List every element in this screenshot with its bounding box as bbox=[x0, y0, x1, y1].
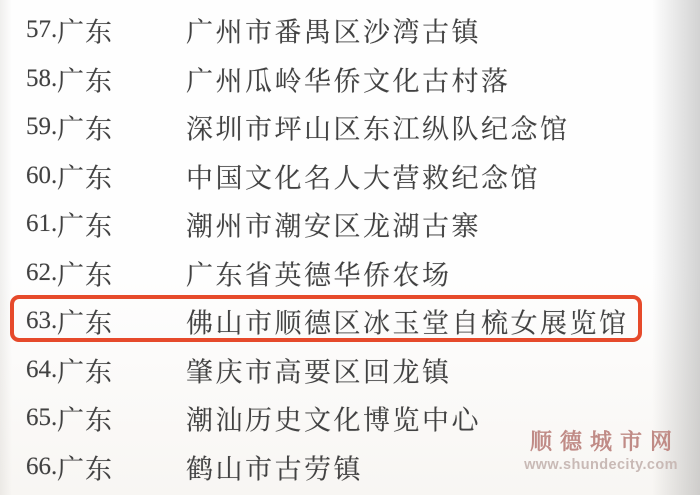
row-province: 广东 bbox=[57, 205, 113, 244]
document-page: 57. 广东 广州市番禺区沙湾古镇 58. 广东 广州瓜岭华侨文化古村落 59.… bbox=[0, 0, 700, 495]
row-name: 广州市番禺区沙湾古镇 bbox=[186, 11, 481, 50]
watermark-url: www.shundecity.com bbox=[516, 458, 686, 473]
row-name: 深圳市坪山区东江纵队纪念馆 bbox=[186, 108, 570, 147]
list-row: 59. 广东 深圳市坪山区东江纵队纪念馆 bbox=[0, 103, 700, 152]
row-province: 广东 bbox=[57, 108, 113, 147]
row-name: 潮州市潮安区龙湖古寨 bbox=[186, 205, 481, 244]
row-province: 广东 bbox=[57, 156, 113, 195]
row-number: 58. bbox=[26, 65, 57, 93]
row-name: 中国文化名人大营救纪念馆 bbox=[186, 156, 540, 195]
row-number: 65. bbox=[26, 404, 57, 432]
row-province: 广东 bbox=[57, 447, 113, 486]
row-name: 潮汕历史文化博览中心 bbox=[186, 399, 481, 438]
list-row: 57. 广东 广州市番禺区沙湾古镇 bbox=[0, 6, 700, 55]
row-number: 61. bbox=[26, 210, 57, 238]
row-name: 佛山市顺德区冰玉堂自梳女展览馆 bbox=[186, 302, 629, 341]
watermark-title: 顺德城市网 bbox=[524, 431, 686, 453]
list-row: 62. 广东 广东省英德华侨农场 bbox=[0, 249, 700, 298]
list-row: 64. 广东 肇庆市高要区回龙镇 bbox=[0, 346, 700, 395]
list-row: 63. 广东 佛山市顺德区冰玉堂自梳女展览馆 bbox=[0, 297, 700, 346]
row-name: 肇庆市高要区回龙镇 bbox=[186, 350, 452, 389]
row-number: 63. bbox=[26, 307, 57, 335]
row-number: 66. bbox=[26, 453, 57, 481]
watermark: 顺德城市网 www.shundecity.com bbox=[516, 431, 686, 473]
row-number: 59. bbox=[26, 113, 57, 141]
row-name: 鹤山市古劳镇 bbox=[186, 447, 363, 486]
list-row: 61. 广东 潮州市潮安区龙湖古寨 bbox=[0, 200, 700, 249]
row-province: 广东 bbox=[57, 350, 113, 389]
row-province: 广东 bbox=[57, 399, 113, 438]
row-number: 62. bbox=[26, 259, 57, 287]
list-row: 60. 广东 中国文化名人大营救纪念馆 bbox=[0, 152, 700, 201]
row-number: 64. bbox=[26, 356, 57, 384]
heritage-list: 57. 广东 广州市番禺区沙湾古镇 58. 广东 广州瓜岭华侨文化古村落 59.… bbox=[0, 6, 700, 491]
row-number: 60. bbox=[26, 162, 57, 190]
row-province: 广东 bbox=[57, 302, 113, 341]
row-province: 广东 bbox=[57, 11, 113, 50]
row-number: 57. bbox=[26, 16, 57, 44]
list-row: 58. 广东 广州瓜岭华侨文化古村落 bbox=[0, 55, 700, 104]
row-name: 广东省英德华侨农场 bbox=[186, 253, 452, 292]
row-province: 广东 bbox=[57, 59, 113, 98]
row-province: 广东 bbox=[57, 253, 113, 292]
row-name: 广州瓜岭华侨文化古村落 bbox=[186, 59, 511, 98]
